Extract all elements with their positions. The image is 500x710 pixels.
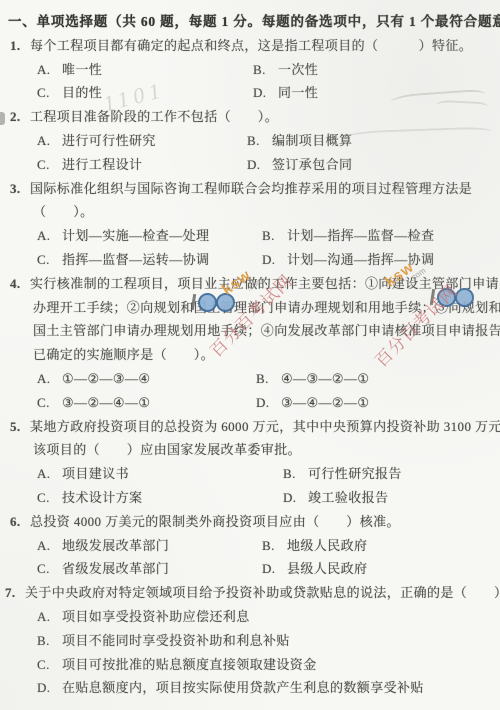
option-text: 一次性 xyxy=(278,58,318,82)
question-text: 总投资 4000 万美元的限制类外商投资项目应由（ ）核准。 xyxy=(30,510,400,534)
option-text: ③—④—②—① xyxy=(281,391,369,415)
option-row: A.项目建议书B.可行性研究报告 xyxy=(0,462,500,486)
option-text: 地级人民政府 xyxy=(287,534,367,558)
option-label: A. xyxy=(37,58,50,82)
question-text: 办理开工手续；②向规划和国土管理部门申请办理规划和用地手续；③向规划和 xyxy=(33,296,500,320)
option-label: D. xyxy=(262,248,275,272)
option-text: ③—②—④—① xyxy=(62,391,150,415)
option-text: ①—②—③—④ xyxy=(62,367,150,391)
scanned-exam-page: 一、单项选择题（共 60 题，每题 1 分。每题的备选项中，只有 1 个最符合题… xyxy=(0,0,500,710)
option-label: D. xyxy=(247,153,260,177)
option-label: A. xyxy=(37,534,50,558)
option-row: A.地级发展改革部门B.地级人民政府 xyxy=(0,534,500,558)
question-text: 已确定的实施顺序是（ ）。 xyxy=(33,343,214,367)
option-row: A.项目如享受投资补助应偿还利息 xyxy=(0,605,500,629)
option-label: B. xyxy=(283,462,296,486)
option-label: C. xyxy=(37,248,50,272)
question-number: 2. xyxy=(10,105,21,129)
option-text: 项目如享受投资补助应偿还利息 xyxy=(62,605,250,629)
option-label: A. xyxy=(37,129,50,153)
exam-content: 一、单项选择题（共 60 题，每题 1 分。每题的备选项中，只有 1 个最符合题… xyxy=(0,10,500,700)
question-text: 关于中央政府对特定领域项目给予投资补助或贷款贴息的说法，正确的是（ ）。 xyxy=(25,581,500,605)
option-text: 竣工验收报告 xyxy=(308,486,388,510)
option-row: C.项目可按批准的贴息额度直接领取建设资金 xyxy=(0,653,500,677)
question-text: 实行核准制的工程项目，项目业主应做的工作主要包括：①向建设主管部门申请 xyxy=(30,272,499,296)
question-text: 工程项目准备阶段的工作不包括（ ）。 xyxy=(30,105,278,129)
option-label: C. xyxy=(37,653,50,677)
option-row: A.唯一性B.一次性 xyxy=(0,58,500,82)
option-row: C.进行工程设计D.签订承包合同 xyxy=(0,153,500,177)
question-number: 5. xyxy=(10,415,21,439)
option-row: C.省级发展改革部门D.县级人民政府 xyxy=(0,557,500,581)
question-line: 5.某地方政府投资项目的总投资为 6000 万元，其中中央预算内投资补助 310… xyxy=(0,415,500,439)
question-line-cont: 已确定的实施顺序是（ ）。 xyxy=(0,343,500,367)
option-text: 项目可按批准的贴息额度直接领取建设资金 xyxy=(62,653,317,677)
option-row: C.指挥—监督—运转—协调D.计划—沟通—指挥—协调 xyxy=(0,248,500,272)
option-label: A. xyxy=(37,605,50,629)
question-line-cont: 办理开工手续；②向规划和国土管理部门申请办理规划和用地手续；③向规划和 xyxy=(0,296,500,320)
option-text: 目的性 xyxy=(62,81,102,105)
questions-container: 1.每个工程项目都有确定的起点和终点，这是指工程项目的（ ）特征。A.唯一性B.… xyxy=(0,34,500,700)
question-text: 国际标准化组织与国际咨询工程师联合会均推荐采用的项目过程管理方法是 xyxy=(30,177,472,201)
option-text: 唯一性 xyxy=(62,58,102,82)
option-label: C. xyxy=(37,391,50,415)
option-text: 计划—沟通—指挥—协调 xyxy=(287,248,434,272)
option-label: D. xyxy=(283,486,296,510)
option-text: 进行可行性研究 xyxy=(62,129,156,153)
section-header: 一、单项选择题（共 60 题，每题 1 分。每题的备选项中，只有 1 个最符合题… xyxy=(8,10,500,34)
question-text: （ ）。 xyxy=(33,200,94,224)
option-label: D. xyxy=(262,557,275,581)
section-header-row: 一、单项选择题（共 60 题，每题 1 分。每题的备选项中，只有 1 个最符合题… xyxy=(0,10,500,34)
option-row: A.①—②—③—④B.④—③—②—① xyxy=(0,367,500,391)
question-line-cont: 国土主管部门申请办理规划用地手续；④向发展改革部门申请核准项目申请报告， xyxy=(0,319,500,343)
option-label: B. xyxy=(247,129,260,153)
option-label: D. xyxy=(256,391,269,415)
option-label: A. xyxy=(37,367,50,391)
option-label: D. xyxy=(253,81,266,105)
option-text: 编制项目概算 xyxy=(272,129,352,153)
option-row: C.③—②—④—①D.③—④—②—① xyxy=(0,391,500,415)
option-text: 签订承包合同 xyxy=(272,153,352,177)
question-line-cont: （ ）。 xyxy=(0,200,500,224)
option-row: A.进行可行性研究B.编制项目概算 xyxy=(0,129,500,153)
question-line: 7.关于中央政府对特定领域项目给予投资补助或贷款贴息的说法，正确的是（ ）。 xyxy=(0,581,500,605)
option-label: B. xyxy=(262,534,275,558)
question-number: 3. xyxy=(10,177,21,201)
option-row: D.在贴息额度内，项目按实际使用贷款产生利息的数额享受补贴 xyxy=(0,676,500,700)
question-number: 4. xyxy=(10,272,21,296)
option-text: 地级发展改革部门 xyxy=(62,534,169,558)
question-line: 2.工程项目准备阶段的工作不包括（ ）。 xyxy=(0,105,500,129)
option-text: 进行工程设计 xyxy=(62,153,142,177)
option-text: 在贴息额度内，项目按实际使用贷款产生利息的数额享受补贴 xyxy=(62,676,424,700)
option-label: C. xyxy=(37,81,50,105)
option-label: D. xyxy=(37,676,50,700)
option-label: B. xyxy=(37,629,50,653)
question-text: 国土主管部门申请办理规划用地手续；④向发展改革部门申请核准项目申请报告， xyxy=(33,319,500,343)
question-line-cont: 该项目的（ ）应由国家发展改革委审批。 xyxy=(0,438,500,462)
option-label: B. xyxy=(253,58,266,82)
option-text: 项目建议书 xyxy=(62,462,129,486)
option-row: C.目的性D.同一性 xyxy=(0,81,500,105)
option-row: C.技术设计方案D.竣工验收报告 xyxy=(0,486,500,510)
option-label: A. xyxy=(37,224,50,248)
question-text: 该项目的（ ）应由国家发展改革委审批。 xyxy=(33,438,301,462)
option-text: 指挥—监督—运转—协调 xyxy=(62,248,209,272)
option-text: 省级发展改革部门 xyxy=(62,557,169,581)
option-text: 技术设计方案 xyxy=(62,486,142,510)
question-number: 7. xyxy=(5,581,16,605)
option-text: 县级人民政府 xyxy=(287,557,367,581)
question-line: 1.每个工程项目都有确定的起点和终点，这是指工程项目的（ ）特征。 xyxy=(0,34,500,58)
option-text: 可行性研究报告 xyxy=(308,462,402,486)
question-text: 某地方政府投资项目的总投资为 6000 万元，其中中央预算内投资补助 3100 … xyxy=(30,415,500,439)
option-label: B. xyxy=(256,367,269,391)
option-text: 项目不能同时享受投资补助和利息补贴 xyxy=(62,629,290,653)
question-line: 4.实行核准制的工程项目，项目业主应做的工作主要包括：①向建设主管部门申请 xyxy=(0,272,500,296)
question-number: 1. xyxy=(10,34,21,58)
question-line: 3.国际标准化组织与国际咨询工程师联合会均推荐采用的项目过程管理方法是 xyxy=(0,177,500,201)
option-label: B. xyxy=(262,224,275,248)
question-line: 6.总投资 4000 万美元的限制类外商投资项目应由（ ）核准。 xyxy=(0,510,500,534)
option-label: C. xyxy=(37,486,50,510)
option-row: A.计划—实施—检查—处理B.计划—指挥—监督—检查 xyxy=(0,224,500,248)
option-text: ④—③—②—① xyxy=(281,367,369,391)
option-text: 同一性 xyxy=(278,81,318,105)
question-number: 6. xyxy=(10,510,21,534)
option-label: A. xyxy=(37,462,50,486)
option-label: C. xyxy=(37,557,50,581)
option-text: 计划—指挥—监督—检查 xyxy=(287,224,434,248)
option-row: B.项目不能同时享受投资补助和利息补贴 xyxy=(0,629,500,653)
question-text: 每个工程项目都有确定的起点和终点，这是指工程项目的（ ）特征。 xyxy=(30,34,472,58)
option-text: 计划—实施—检查—处理 xyxy=(62,224,209,248)
option-label: C. xyxy=(37,153,50,177)
